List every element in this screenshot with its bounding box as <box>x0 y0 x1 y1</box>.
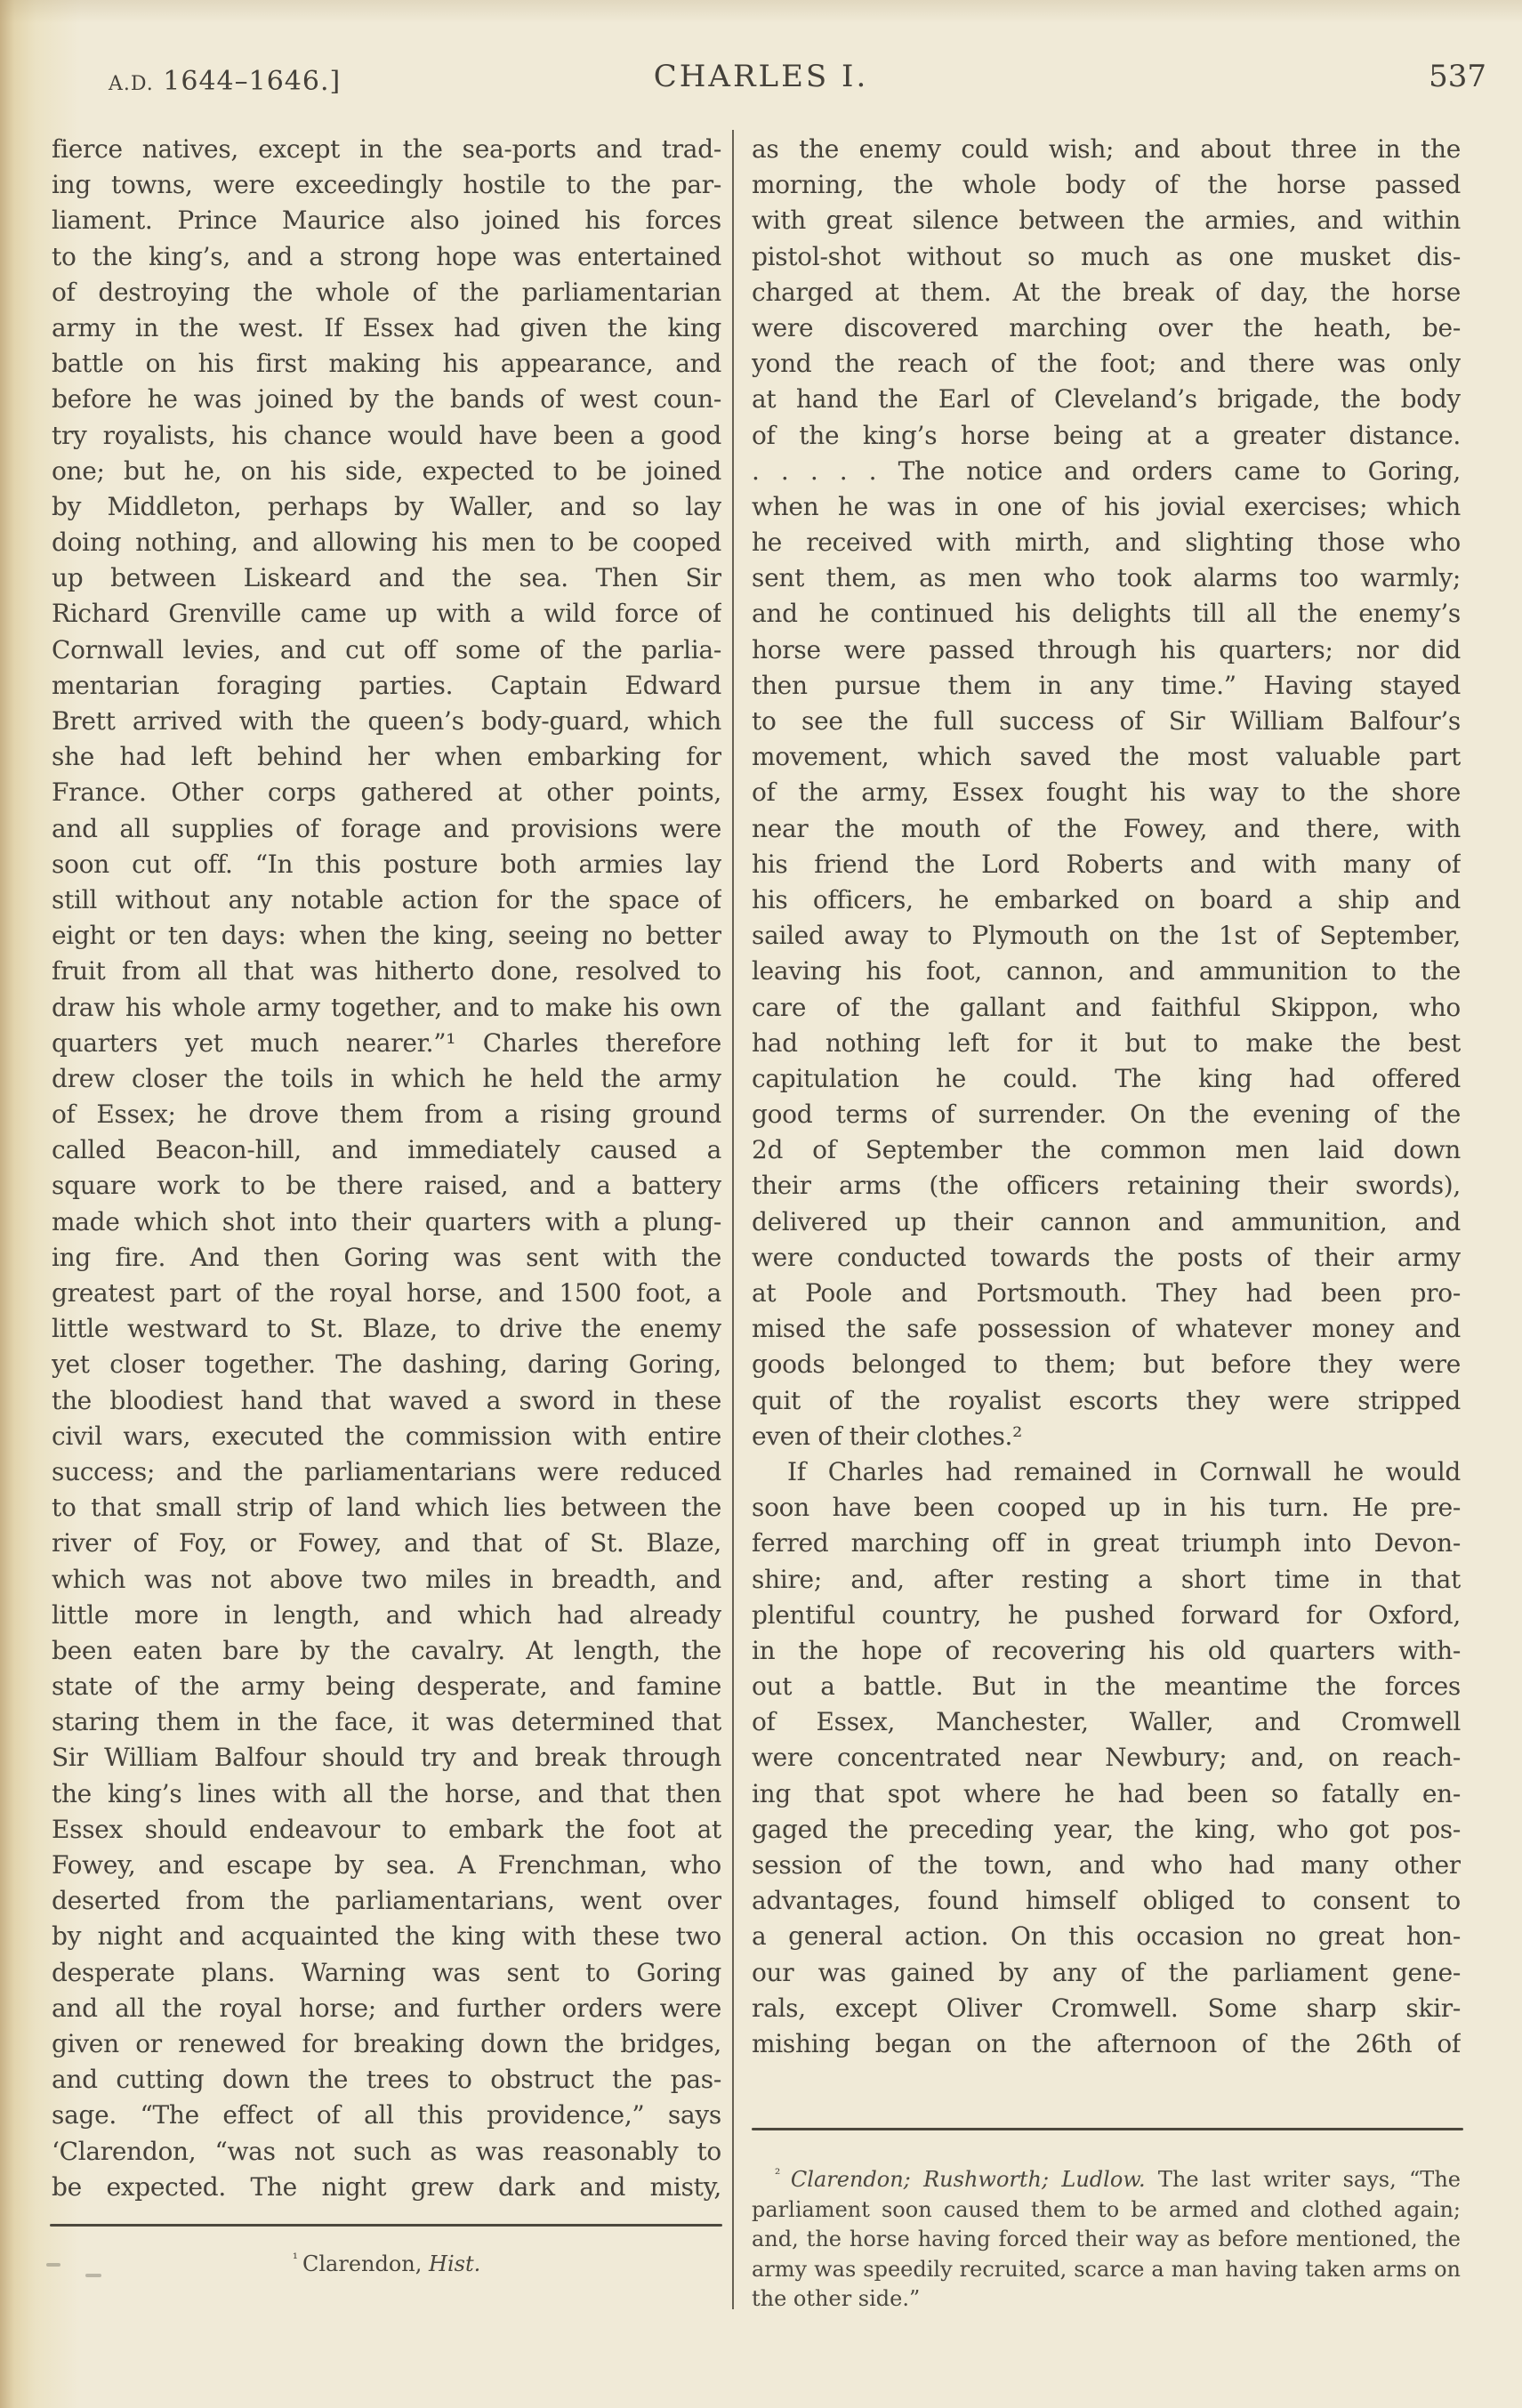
text-line: sailed away to Plymouth on the 1st of Se… <box>752 918 1461 954</box>
text-line: civil wars, executed the commission with… <box>52 1419 721 1454</box>
text-line: of the king’s horse being at a greater d… <box>752 418 1461 454</box>
text-line: liament. Prince Maurice also joined his … <box>52 203 721 238</box>
text-line: as the enemy could wish; and about three… <box>752 132 1461 167</box>
text-line: fruit from all that was hitherto done, r… <box>52 954 721 989</box>
text-line: up between Liskeard and the sea. Then Si… <box>52 560 721 596</box>
text-line: staring them in the face, it was determi… <box>52 1704 721 1740</box>
text-line: and cutting down the trees to obstruct t… <box>52 2062 721 2098</box>
text-line: ing towns, were exceedingly hostile to t… <box>52 167 721 203</box>
text-line: try royalists, his chance would have bee… <box>52 418 721 454</box>
text-line: mised the safe possession of whatever mo… <box>752 1311 1461 1347</box>
text-line: mishing began on the afternoon of the 26… <box>752 2026 1461 2062</box>
text-line: made which shot into their quarters with… <box>52 1204 721 1240</box>
text-line: gaged the preceding year, the king, who … <box>752 1812 1461 1848</box>
text-line: yond the reach of the foot; and there wa… <box>752 346 1461 382</box>
text-line: state of the army being desperate, and f… <box>52 1669 721 1704</box>
text-line: battle on his first making his appearanc… <box>52 346 721 382</box>
text-line: shire; and, after resting a short time i… <box>752 1562 1461 1598</box>
right-footnote-rule <box>752 2128 1463 2130</box>
running-head: A.D. 1644–1646.] CHARLES I. 537 <box>0 59 1522 101</box>
text-line: capitulation he could. The king had offe… <box>752 1061 1461 1097</box>
text-line: one; but he, on his side, expected to be… <box>52 454 721 489</box>
text-line: to that small strip of land which lies b… <box>52 1490 721 1526</box>
paragraph: as the enemy could wish; and about three… <box>752 132 1461 1454</box>
text-line: in the hope of recovering his old quarte… <box>752 1633 1461 1669</box>
text-line: ferred marching off in great triumph int… <box>752 1526 1461 1561</box>
text-line: were discovered marching over the heath,… <box>752 310 1461 346</box>
text-line: of Essex; he drove them from a rising gr… <box>52 1097 721 1132</box>
text-line: little westward to St. Blaze, to drive t… <box>52 1311 721 1347</box>
footnote-marker-2: ² <box>775 2166 791 2182</box>
text-line: France. Other corps gathered at other po… <box>52 775 721 810</box>
text-line: then pursue them in any time.” Having st… <box>752 668 1461 704</box>
text-line: success; and the parliamentarians were r… <box>52 1454 721 1490</box>
text-line: his friend the Lord Roberts and with man… <box>752 847 1461 882</box>
text-line: drew closer the toils in which he held t… <box>52 1061 721 1097</box>
paragraph: If Charles had remained in Cornwall he w… <box>752 1454 1461 2062</box>
text-line: been eaten bare by the cavalry. At lengt… <box>52 1633 721 1669</box>
text-line: out a battle. But in the meantime the fo… <box>752 1669 1461 1704</box>
left-footnote: ¹ Clarendon, Hist. <box>52 2251 721 2276</box>
text-line: even of their clothes.² <box>752 1419 1461 1454</box>
text-line: fierce natives, except in the sea-ports … <box>52 132 721 167</box>
text-line: Brett arrived with the queen’s body-guar… <box>52 704 721 739</box>
text-line: advantages, found himself obliged to con… <box>752 1883 1461 1919</box>
text-line: still without any notable action for the… <box>52 882 721 918</box>
text-line: 2d of September the common men laid down <box>752 1132 1461 1168</box>
text-line: quit of the royalist escorts they were s… <box>752 1383 1461 1419</box>
text-line: he received with mirth, and slighting th… <box>752 525 1461 560</box>
text-line: our was gained by any of the parliament … <box>752 1955 1461 1991</box>
text-line: deserted from the parliamentarians, went… <box>52 1883 721 1919</box>
text-line: army in the west. If Essex had given the… <box>52 310 721 346</box>
text-line: at hand the Earl of Cleveland’s brigade,… <box>752 382 1461 417</box>
text-line: yet closer together. The dashing, daring… <box>52 1347 721 1382</box>
text-line: and all supplies of forage and provision… <box>52 811 721 847</box>
text-line: which was not above two miles in breadth… <box>52 1562 721 1598</box>
text-line: desperate plans. Warning was sent to Gor… <box>52 1955 721 1991</box>
text-line: care of the gallant and faithful Skippon… <box>752 990 1461 1026</box>
text-line: she had left behind her when embarking f… <box>52 739 721 775</box>
text-line: of Essex, Manchester, Waller, and Cromwe… <box>752 1704 1461 1740</box>
text-line: morning, the whole body of the horse pas… <box>752 167 1461 203</box>
text-line: before he was joined by the bands of wes… <box>52 382 721 417</box>
text-line: delivered up their cannon and ammunition… <box>752 1204 1461 1240</box>
text-line: at Poole and Portsmouth. They had been p… <box>752 1276 1461 1311</box>
text-line: quarters yet much nearer.”¹ Charles ther… <box>52 1026 721 1061</box>
text-line: ing fire. And then Goring was sent with … <box>52 1240 721 1276</box>
text-line: by Middleton, perhaps by Waller, and so … <box>52 489 721 525</box>
text-line: and all the royal horse; and further ord… <box>52 1991 721 2026</box>
right-footnote-sources: Clarendon; Rushworth; Ludlow. <box>791 2167 1146 2192</box>
page-title: CHARLES I. <box>0 59 1522 94</box>
left-footnote-source: Hist. <box>429 2251 480 2276</box>
text-line: Cornwall levies, and cut off some of the… <box>52 632 721 668</box>
text-line: eight or ten days: when the king, seeing… <box>52 918 721 954</box>
text-line: pistol-shot without so much as one muske… <box>752 239 1461 275</box>
text-line: were concentrated near Newbury; and, on … <box>752 1740 1461 1776</box>
text-line: Fowey, and escape by sea. A Frenchman, w… <box>52 1848 721 1883</box>
left-footnote-rule <box>50 2224 722 2227</box>
text-line: near the mouth of the Fowey, and there, … <box>752 811 1461 847</box>
paragraph: fierce natives, except in the sea-ports … <box>52 132 721 2205</box>
pencil-mark-artifact <box>85 2274 101 2277</box>
text-line: to see the full success of Sir William B… <box>752 704 1461 739</box>
text-line: when he was in one of his jovial exercis… <box>752 489 1461 525</box>
text-line: charged at them. At the break of day, th… <box>752 275 1461 310</box>
book-page-scan: A.D. 1644–1646.] CHARLES I. 537 fierce n… <box>0 0 1522 2408</box>
text-line: given or renewed for breaking down the b… <box>52 2026 721 2062</box>
text-line: Richard Grenville came up with a wild fo… <box>52 596 721 632</box>
text-line: mentarian foraging parties. Captain Edwa… <box>52 668 721 704</box>
pencil-mark-artifact <box>46 2263 60 2267</box>
text-line: were conducted towards the posts of thei… <box>752 1240 1461 1276</box>
text-line: little more in length, and which had alr… <box>52 1598 721 1633</box>
text-line: If Charles had remained in Cornwall he w… <box>752 1454 1461 1490</box>
left-footnote-text: Clarendon, <box>302 2251 429 2276</box>
text-line: and he continued his delights till all t… <box>752 596 1461 632</box>
text-line: of the army, Essex fought his way to the… <box>752 775 1461 810</box>
text-line: sent them, as men who took alarms too wa… <box>752 560 1461 596</box>
text-line: of destroying the whole of the parliamen… <box>52 275 721 310</box>
text-line: the king’s lines with all the horse, and… <box>52 1776 721 1812</box>
text-line: river of Foy, or Fowey, and that of St. … <box>52 1526 721 1561</box>
text-line: to the king’s, and a strong hope was ent… <box>52 239 721 275</box>
left-text-column: fierce natives, except in the sea-ports … <box>52 132 721 2205</box>
text-line: session of the town, and who had many ot… <box>752 1848 1461 1883</box>
text-line: rals, except Oliver Cromwell. Some sharp… <box>752 1991 1461 2026</box>
text-line: with great silence between the armies, a… <box>752 203 1461 238</box>
text-line: Essex should endeavour to embark the foo… <box>52 1812 721 1848</box>
text-line: ‘Clarendon, “was not such as was reasona… <box>52 2134 721 2170</box>
text-line: their arms (the officers retaining their… <box>752 1168 1461 1204</box>
text-line: Sir William Balfour should try and break… <box>52 1740 721 1776</box>
text-line: horse were passed through his quarters; … <box>752 632 1461 668</box>
text-line: goods belonged to them; but before they … <box>752 1347 1461 1382</box>
text-line: plentiful country, he pushed forward for… <box>752 1598 1461 1633</box>
text-line: had nothing left for it but to make the … <box>752 1026 1461 1061</box>
text-line: his officers, he embarked on board a shi… <box>752 882 1461 918</box>
text-line: ing that spot where he had been so fatal… <box>752 1776 1461 1812</box>
right-footnote: ² Clarendon; Rushworth; Ludlow. The last… <box>752 2160 1461 2315</box>
text-line: by night and acquainted the king with th… <box>52 1919 721 1954</box>
text-line: . . . . . The notice and orders came to … <box>752 454 1461 489</box>
text-line: soon have been cooped up in his turn. He… <box>752 1490 1461 1526</box>
text-line: soon cut off. “In this posture both armi… <box>52 847 721 882</box>
text-line: movement, which saved the most valuable … <box>752 739 1461 775</box>
text-line: a general action. On this occasion no gr… <box>752 1919 1461 1954</box>
text-line: doing nothing, and allowing his men to b… <box>52 525 721 560</box>
text-line: be expected. The night grew dark and mis… <box>52 2170 721 2205</box>
text-line: the bloodiest hand that waved a sword in… <box>52 1383 721 1419</box>
text-line: draw his whole army together, and to mak… <box>52 990 721 1026</box>
text-line: called Beacon-hill, and immediately caus… <box>52 1132 721 1168</box>
right-text-column: as the enemy could wish; and about three… <box>752 132 1461 2062</box>
column-divider-rule <box>732 130 734 2309</box>
text-line: square work to be there raised, and a ba… <box>52 1168 721 1204</box>
footnote-marker-1: ¹ <box>293 2251 302 2267</box>
text-line: sage. “The effect of all this providence… <box>52 2098 721 2133</box>
text-line: greatest part of the royal horse, and 15… <box>52 1276 721 1311</box>
text-line: leaving his foot, cannon, and ammunition… <box>752 954 1461 989</box>
text-line: good terms of surrender. On the evening … <box>752 1097 1461 1132</box>
page-number: 537 <box>1429 59 1486 94</box>
